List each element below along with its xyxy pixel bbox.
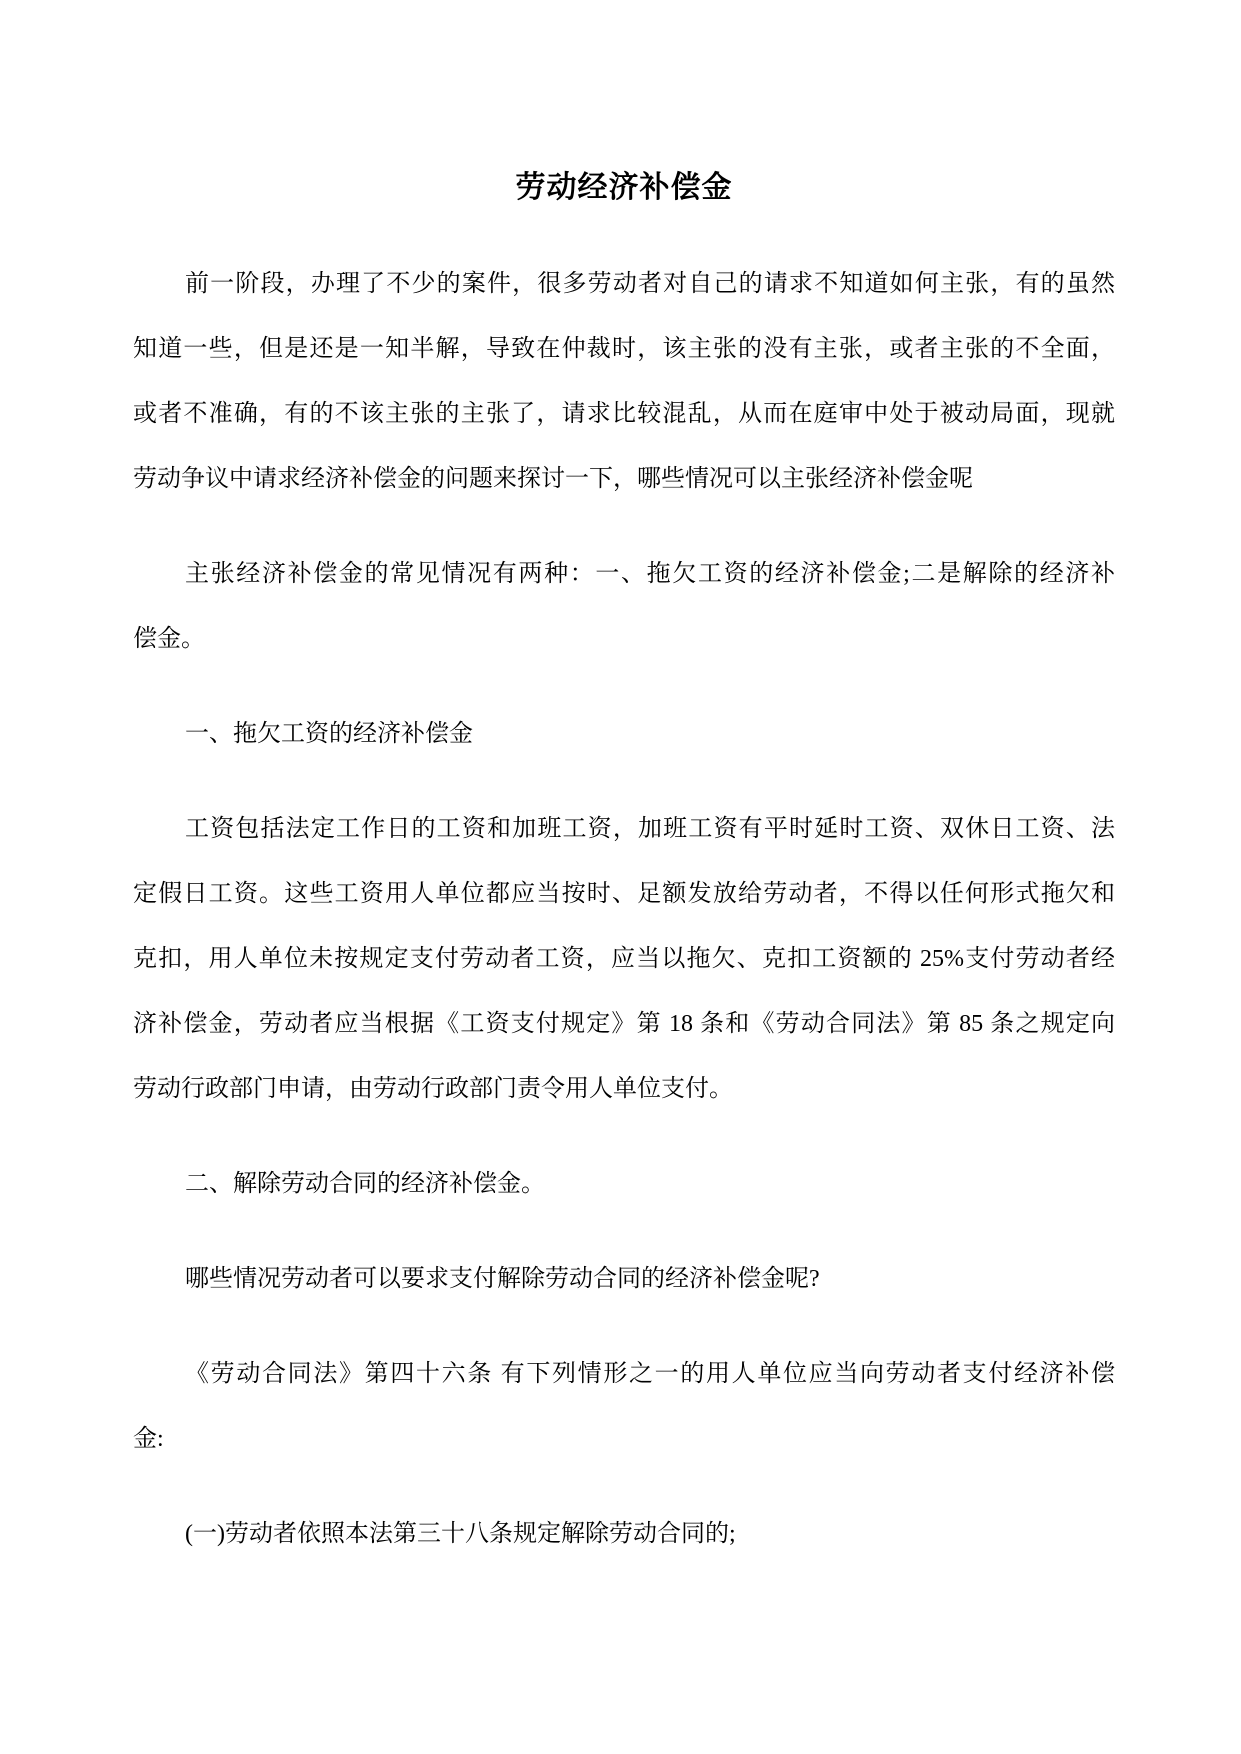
section-heading-one: 一、拖欠工资的经济补偿金 [133, 702, 1115, 767]
paragraph-two-cases: 主张经济补偿金的常见情况有两种：一、拖欠工资的经济补偿金;二是解除的经济补 偿金… [133, 542, 1115, 672]
paragraph-intro: 前一阶段，办理了不少的案件，很多劳动者对自己的请求不知道如何主张，有的虽然 知道… [133, 252, 1115, 512]
paragraph-article-46: 《劳动合同法》第四十六条 有下列情形之一的用人单位应当向劳动者支付经济补偿 金: [133, 1342, 1115, 1472]
text-line: 主张经济补偿金的常见情况有两种：一、拖欠工资的经济补偿金;二是解除的经济补 [133, 542, 1115, 607]
paragraph-item-one: (一)劳动者依照本法第三十八条规定解除劳动合同的; [133, 1502, 1115, 1567]
text-line: 克扣，用人单位未按规定支付劳动者工资，应当以拖欠、克扣工资额的 25%支付劳动者… [133, 927, 1115, 992]
text-line: 劳动行政部门申请，由劳动行政部门责令用人单位支付。 [133, 1057, 1115, 1122]
text-line: 前一阶段，办理了不少的案件，很多劳动者对自己的请求不知道如何主张，有的虽然 [133, 252, 1115, 317]
text-line: 金: [133, 1407, 1115, 1472]
text-line: 哪些情况劳动者可以要求支付解除劳动合同的经济补偿金呢? [133, 1247, 1115, 1312]
text-line: 知道一些，但是还是一知半解，导致在仲裁时，该主张的没有主张，或者主张的不全面， [133, 317, 1115, 382]
text-line: 济补偿金，劳动者应当根据《工资支付规定》第 18 条和《劳动合同法》第 85 条… [133, 992, 1115, 1057]
text-line: (一)劳动者依照本法第三十八条规定解除劳动合同的; [133, 1502, 1115, 1567]
document-title: 劳动经济补偿金 [133, 155, 1115, 220]
text-line: 一、拖欠工资的经济补偿金 [133, 702, 1115, 767]
text-line: 或者不准确，有的不该主张的主张了，请求比较混乱，从而在庭审中处于被动局面，现就 [133, 382, 1115, 447]
text-line: 劳动争议中请求经济补偿金的问题来探讨一下，哪些情况可以主张经济补偿金呢 [133, 447, 1115, 512]
document-page: 劳动经济补偿金 前一阶段，办理了不少的案件，很多劳动者对自己的请求不知道如何主张… [0, 0, 1241, 1754]
paragraph-wage-arrears: 工资包括法定工作日的工资和加班工资，加班工资有平时延时工资、双休日工资、法 定假… [133, 797, 1115, 1122]
section-heading-two: 二、解除劳动合同的经济补偿金。 [133, 1152, 1115, 1217]
text-line: 工资包括法定工作日的工资和加班工资，加班工资有平时延时工资、双休日工资、法 [133, 797, 1115, 862]
paragraph-question: 哪些情况劳动者可以要求支付解除劳动合同的经济补偿金呢? [133, 1247, 1115, 1312]
text-line: 定假日工资。这些工资用人单位都应当按时、足额发放给劳动者，不得以任何形式拖欠和 [133, 862, 1115, 927]
text-line: 二、解除劳动合同的经济补偿金。 [133, 1152, 1115, 1217]
text-line: 偿金。 [133, 607, 1115, 672]
text-line: 《劳动合同法》第四十六条 有下列情形之一的用人单位应当向劳动者支付经济补偿 [133, 1342, 1115, 1407]
